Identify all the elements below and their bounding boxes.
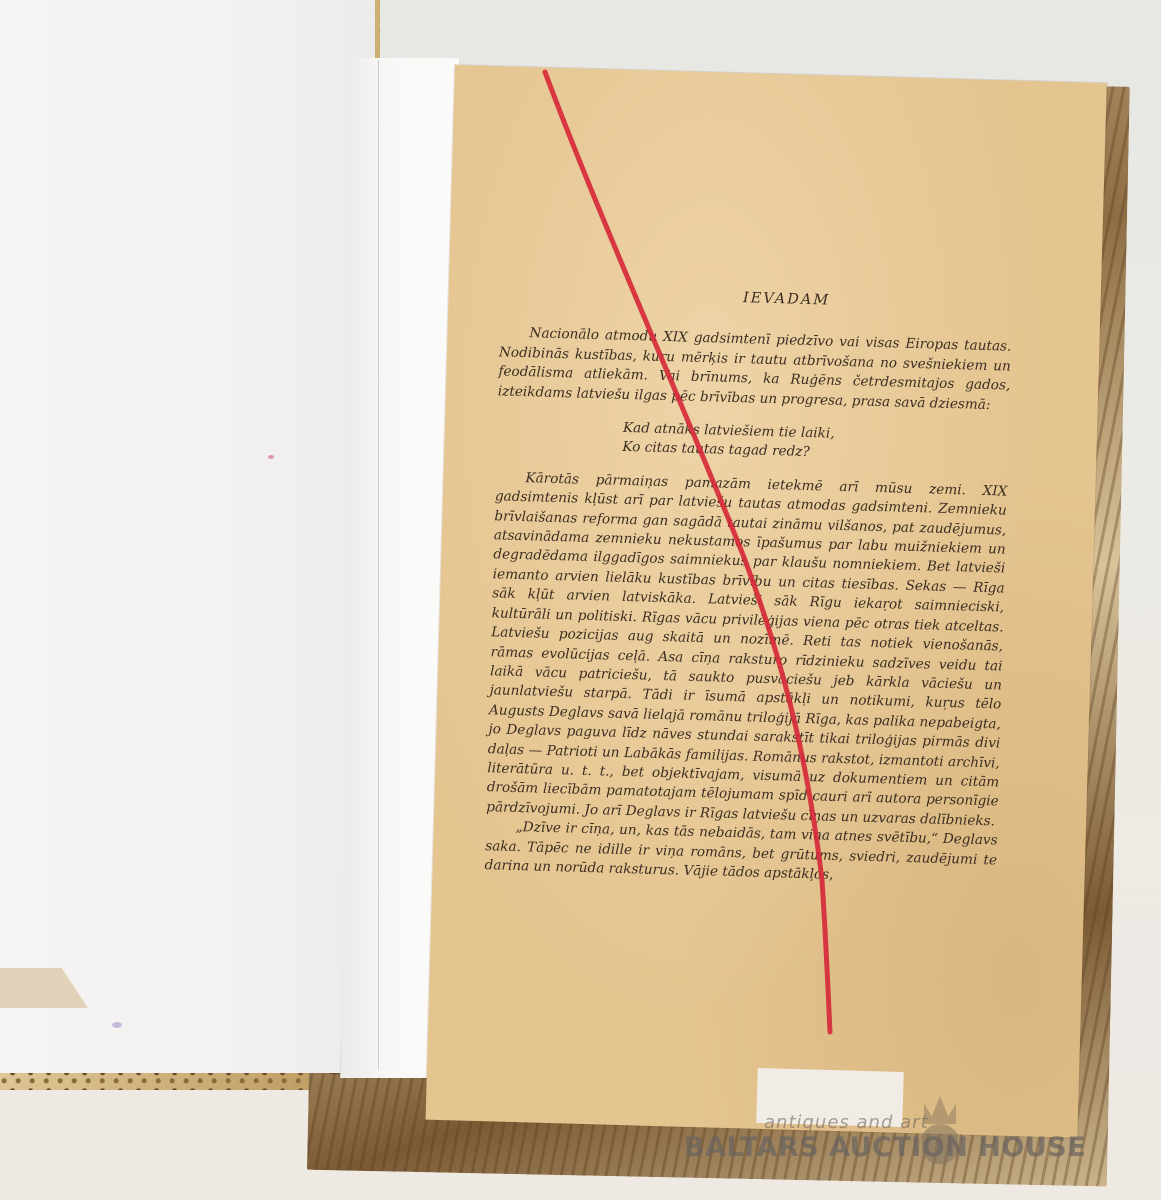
ink-speck bbox=[268, 455, 274, 459]
introduction-page: IEVADAM Nacionālo atmodu XIX gadsimtenī … bbox=[426, 65, 1107, 1138]
verse-quote: Kad atnāks latviešiem tie laiki, Ko cita… bbox=[622, 419, 1009, 469]
paragraph: Kārotās pārmaiņas pamazām ietekmē arī mū… bbox=[486, 468, 1008, 831]
watermark-tagline: antiques and art bbox=[764, 1112, 929, 1133]
ink-speck bbox=[112, 1022, 122, 1028]
watermark-brand: BALTARS AUCTION HOUSE bbox=[684, 1132, 1086, 1163]
page-text: IEVADAM Nacionālo atmodu XIX gadsimtenī … bbox=[484, 282, 1012, 889]
old-tape-residue bbox=[0, 968, 88, 1008]
deckled-edge bbox=[378, 60, 383, 1070]
book-photo: IEVADAM Nacionālo atmodu XIX gadsimtenī … bbox=[0, 0, 1161, 1200]
auction-house-watermark: antiques and art BALTARS AUCTION HOUSE bbox=[684, 1112, 1084, 1172]
paragraph: Nacionālo atmodu XIX gadsimtenī piedzīvo… bbox=[498, 324, 1012, 416]
page-heading: IEVADAM bbox=[560, 284, 1012, 316]
blank-endpaper-page bbox=[0, 0, 375, 1073]
